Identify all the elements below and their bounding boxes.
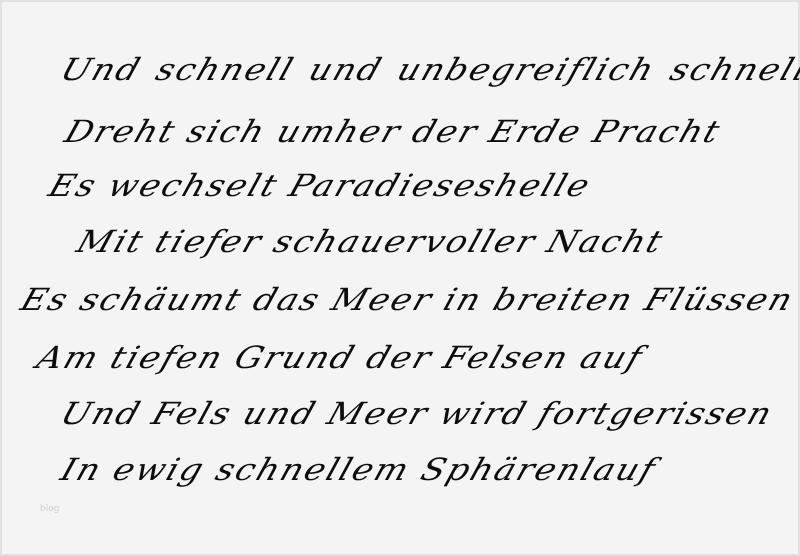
poem-line-3: Es wechselt Paradieseshelle <box>44 168 596 204</box>
poem-line-2: Dreht sich umher der Erde Pracht <box>60 114 726 150</box>
poem-line-6: Am tiefen Grund der Felsen auf <box>32 340 648 376</box>
poem-line-4: Mit tiefer schauervoller Nacht <box>72 224 668 260</box>
poem-line-5: Es schäumt das Meer in breiten Flüssen <box>16 282 799 318</box>
poem-line-7: Und Fels und Meer wird fortgerissen <box>56 396 778 432</box>
poem-line-8: In ewig schnellem Sphärenlauf <box>56 452 661 488</box>
handwritten-poem: Und schnell und unbegreiflich schnelle D… <box>0 0 800 556</box>
poem-line-1: Und schnell und unbegreiflich schnelle <box>56 52 800 88</box>
watermark-text: blog <box>40 504 59 514</box>
